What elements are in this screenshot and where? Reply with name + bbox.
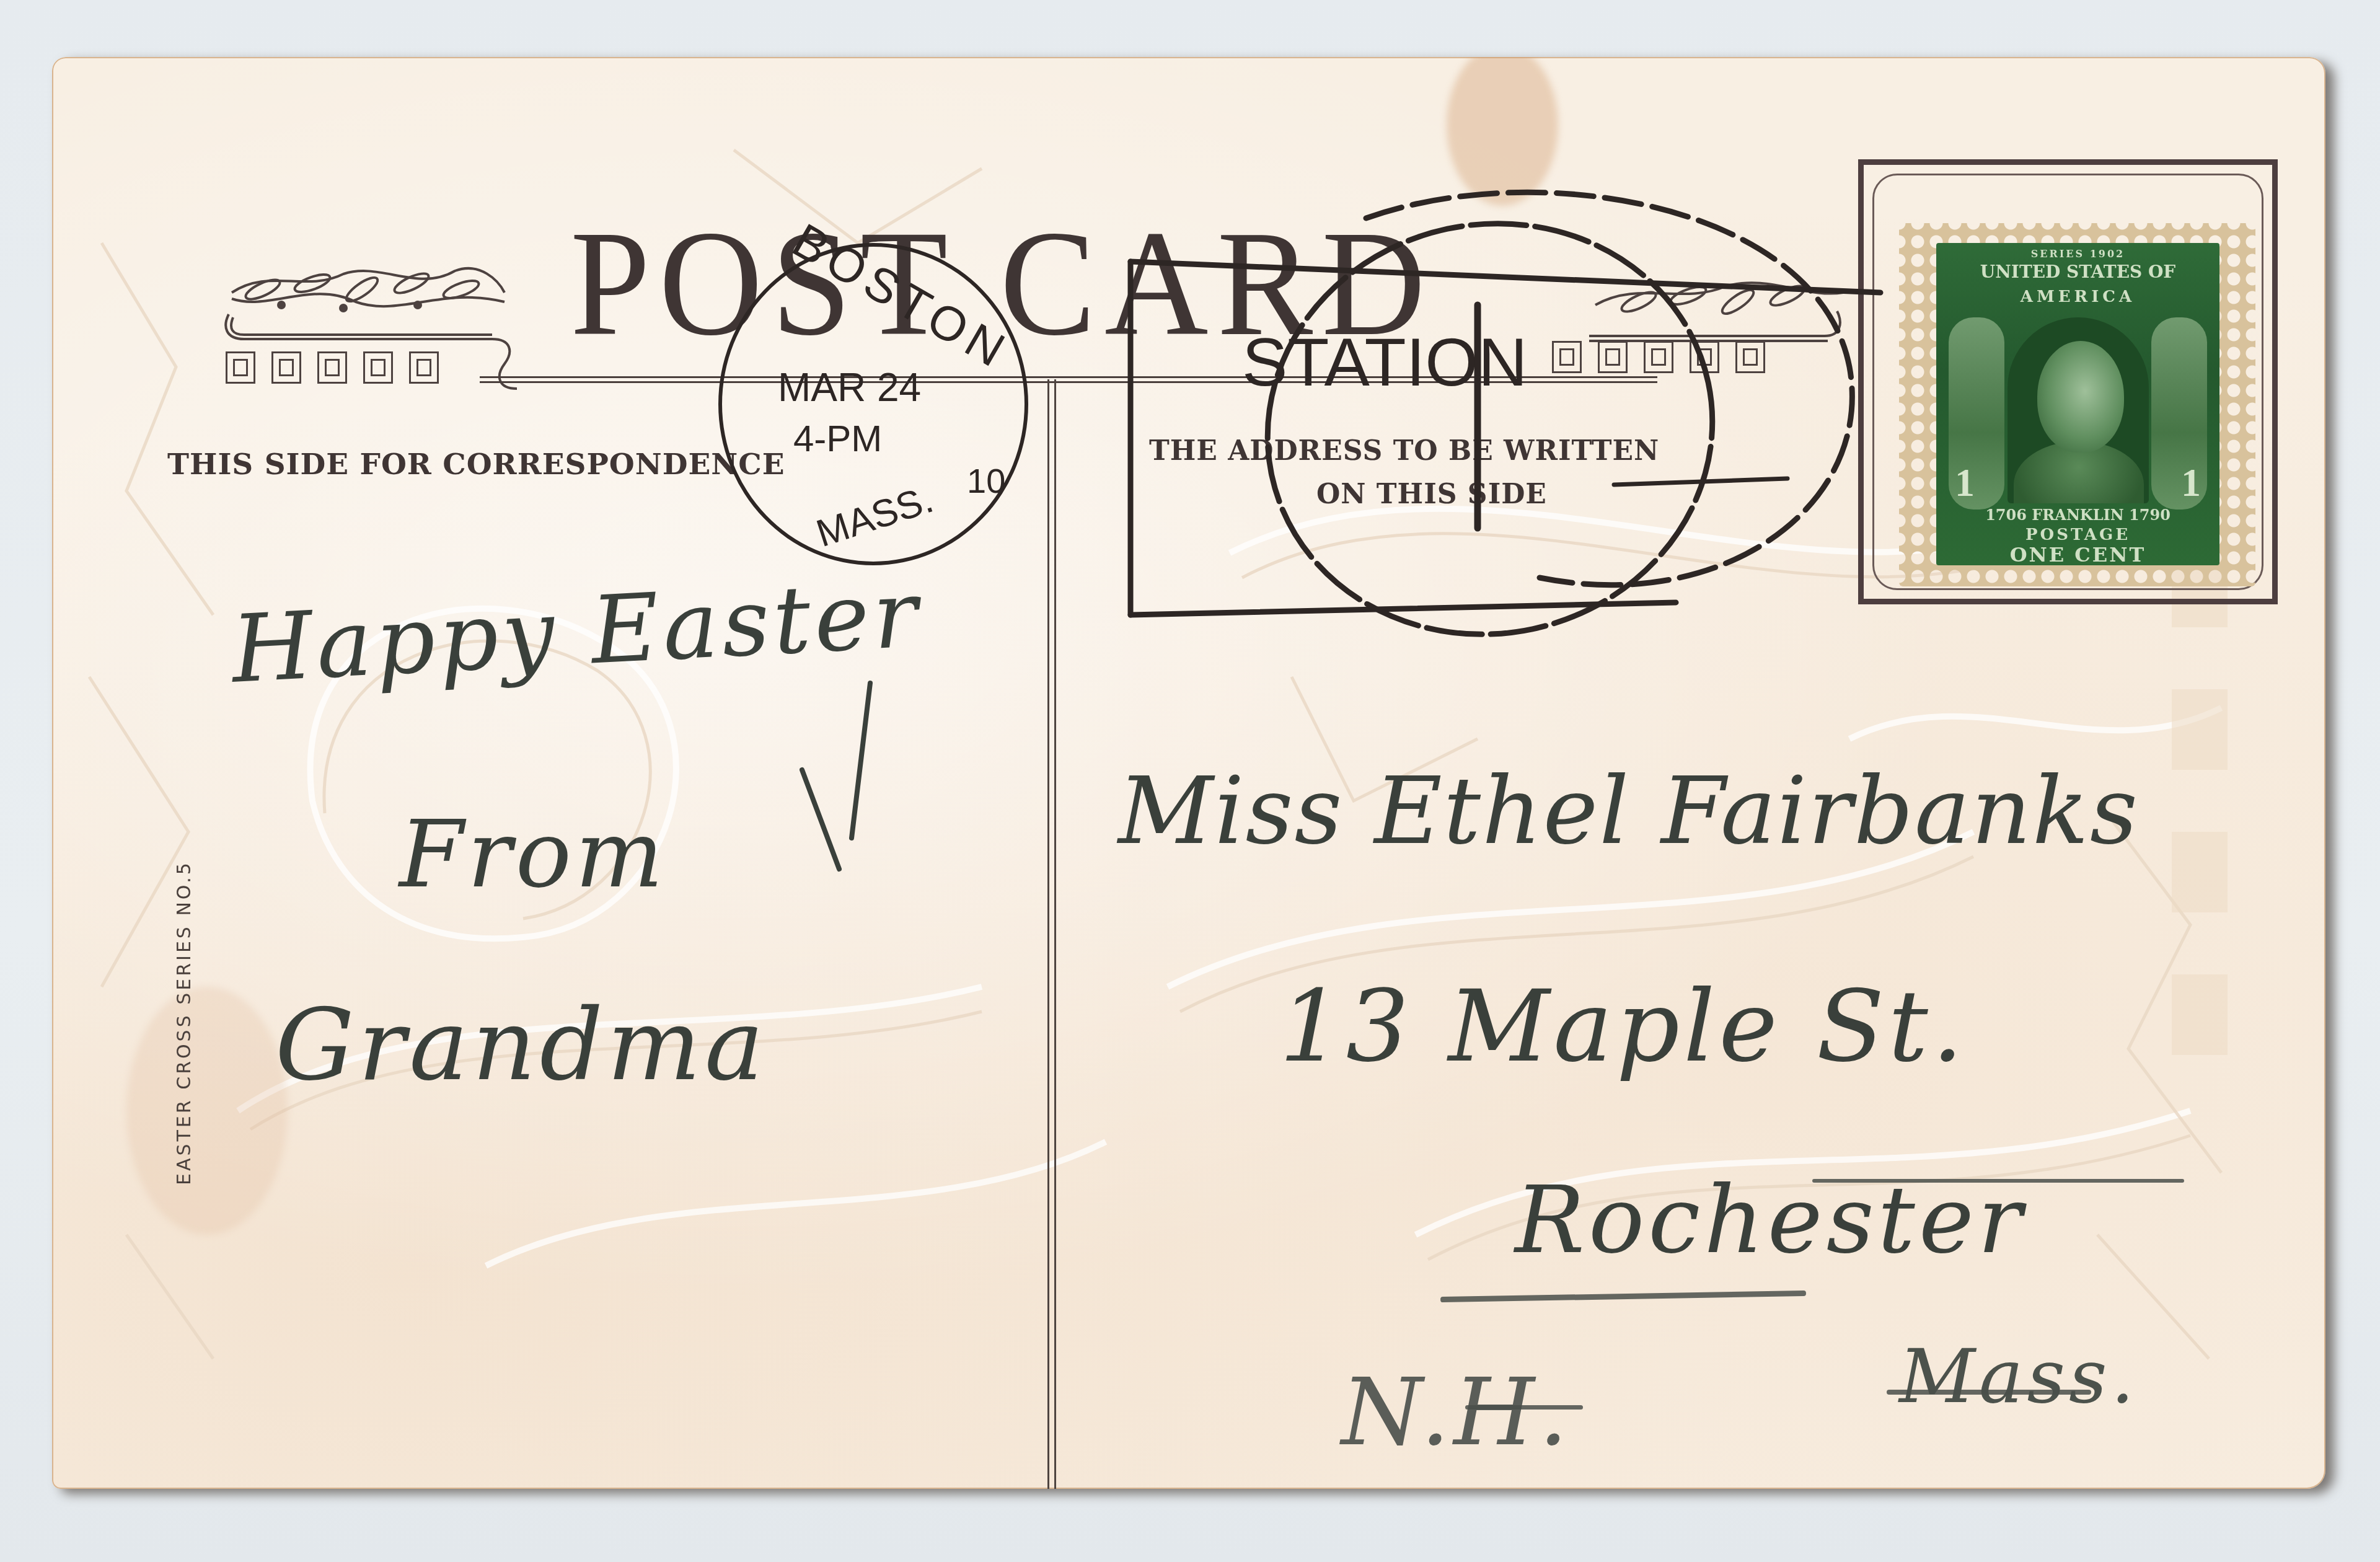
message-line-from: From — [399, 801, 667, 909]
postcard: POSTCARD THIS SIDE FOR CORRESPONDENCE TH… — [52, 57, 2325, 1489]
postmark-state: MASS. — [811, 477, 938, 556]
postmark-year: 10 — [967, 461, 1005, 501]
stamp-country-line2: AMERICA — [1936, 288, 2219, 306]
stamp-series: SERIES 1902 — [1936, 248, 2219, 260]
pen-mark — [790, 677, 889, 875]
postmark-time: 4-PM — [793, 417, 882, 460]
address-state-struck: Mass. — [1899, 1334, 2138, 1420]
franklin-stamp: SERIES 1902 UNITED STATES OF AMERICA 1 1… — [1936, 243, 2219, 565]
series-label: EASTER CROSS SERIES NO.5 — [174, 860, 195, 1185]
flag-cancel: STATION — [1106, 181, 1911, 689]
age-spot — [126, 987, 288, 1235]
address-state-corrected-cross — [1465, 1405, 1583, 1410]
franklin-portrait — [2008, 317, 2149, 503]
stamp-name-line: 1706 FRANKLIN 1790 — [1936, 506, 2219, 524]
stamp-denomination: ONE CENT — [1936, 543, 2219, 567]
address-name: Miss Ethel Fairbanks — [1118, 757, 2139, 865]
center-divider — [1047, 379, 1056, 1489]
boston-postmark: BOSTON MAR 24 4-PM 10 MASS. — [718, 243, 1028, 565]
stamp-value-left: 1 — [1955, 460, 1975, 506]
message-line-grandma: Grandma — [275, 987, 767, 1103]
stamp-value-right: 1 — [2181, 460, 2201, 506]
correspondence-label: THIS SIDE FOR CORRESPONDENCE — [167, 448, 785, 482]
address-state-strikethrough — [1887, 1390, 2091, 1395]
decorative-squares-left — [226, 351, 439, 384]
flag-cancel-station: STATION — [1242, 324, 1527, 400]
stamp-country-line1: UNITED STATES OF — [1936, 262, 2219, 282]
stamp-postage: POSTAGE — [1936, 526, 2219, 544]
address-state-corrected: N.H. — [1341, 1359, 1572, 1467]
postmark-date: MAR 24 — [778, 364, 921, 410]
address-city: Rochester — [1515, 1167, 2025, 1274]
address-city-overline — [1812, 1179, 2184, 1183]
address-city-underline — [1440, 1291, 1806, 1302]
address-street: 13 Maple St. — [1279, 968, 1967, 1084]
